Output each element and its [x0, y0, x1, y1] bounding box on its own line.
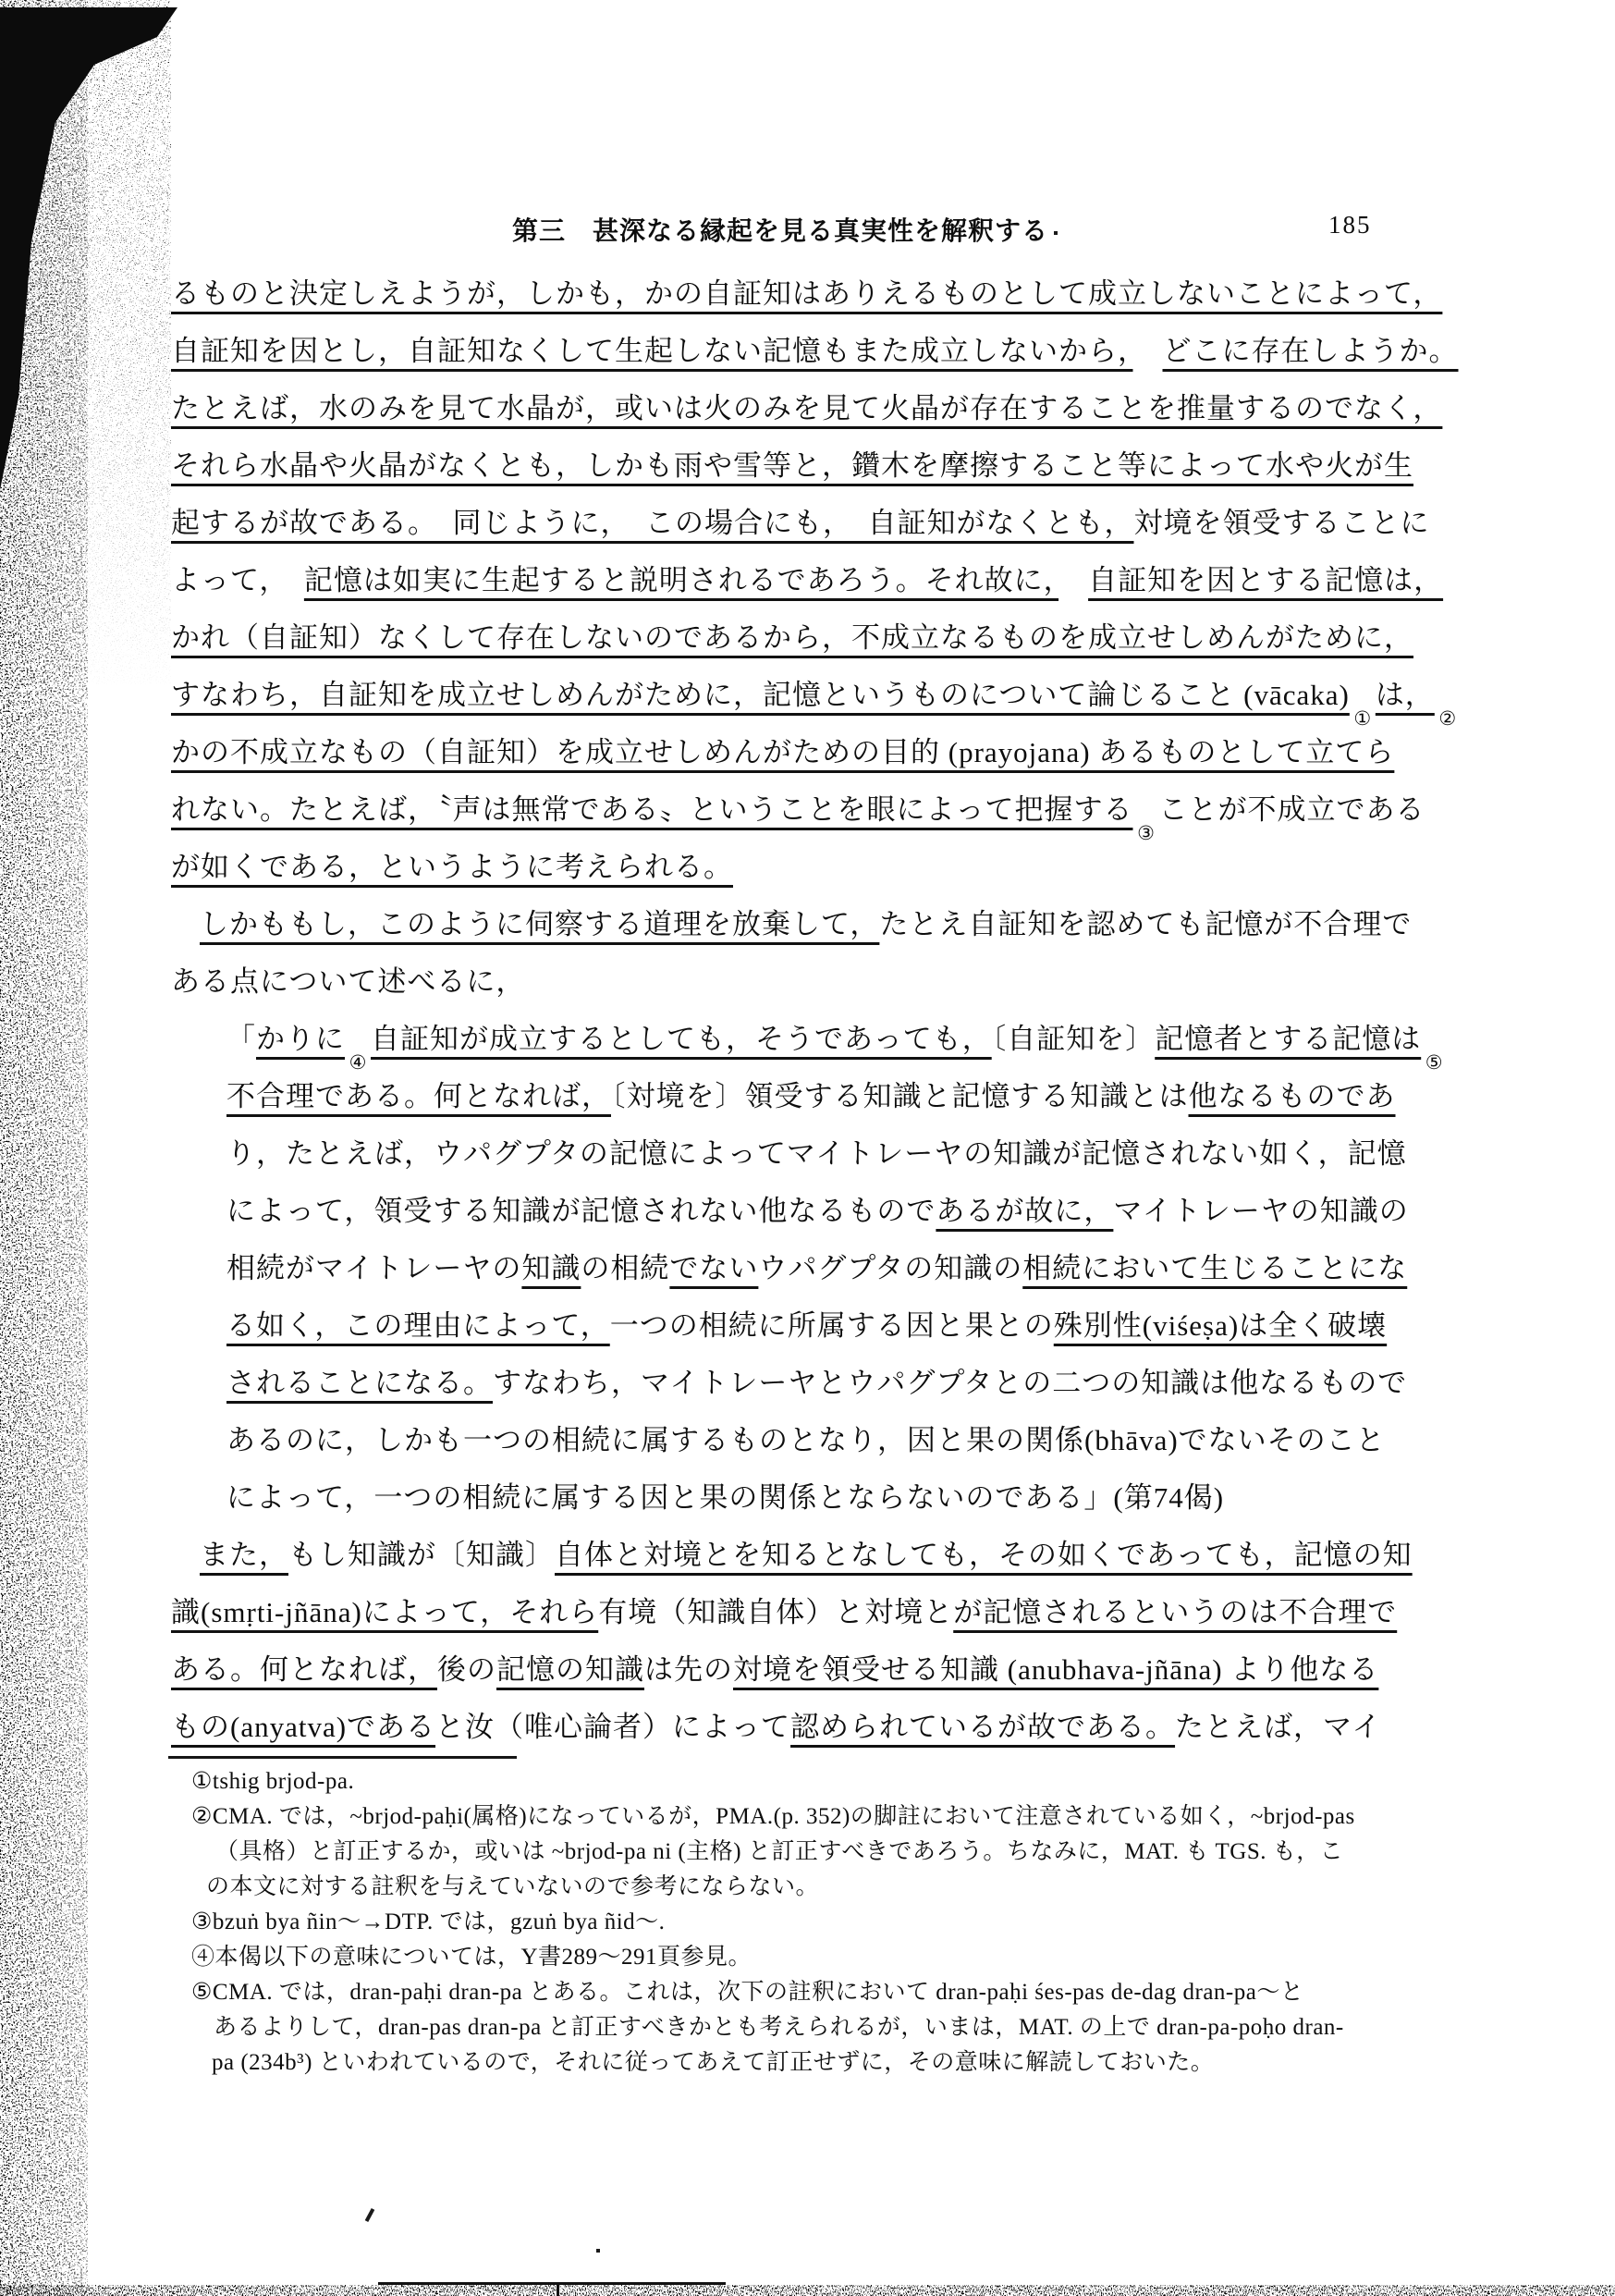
text-run: 不合理である。何となれば， [226, 1080, 611, 1112]
text-line: また，もし知識が〔知識〕自体と対境とを知るとなしても，その如くであっても，記憶の… [171, 1527, 1456, 1584]
footnote-line: ①tshig brjod-pa. [191, 1764, 1458, 1799]
text-run [1058, 564, 1088, 596]
text-run: 自証知を因とする記憶は， [1088, 564, 1443, 596]
footnote-line: ⑤CMA. では，dran-paḥi dran-pa とある。これは，次下の註釈… [191, 1975, 1458, 2010]
text-line: 相続がマイトレーヤの知識の相続でないウパグプタの知識の相続において生じることにな [171, 1240, 1456, 1297]
text-line: れない。たとえば，〝声は無常である〟ということを眼によって把握する③ことが不成立… [171, 781, 1456, 839]
footnote-marker: ⑤ [1421, 1053, 1447, 1073]
text-run: 殊別性(viśeṣa)は全く破壊 [1054, 1309, 1387, 1342]
text-run: それら水晶や火晶がなくとも，しかも雨や雪等と，鑽木を摩擦すること等によって水や火… [171, 449, 1413, 482]
text-run: るものと決定しえようが，しかも，かの自証知はありえるものとして成立しないことによ… [171, 277, 1442, 310]
text-line: されることになる。すなわち，マイトレーヤとウパグプタとの二つの知識は他なるもので [171, 1355, 1456, 1412]
bottom-line-segment [378, 2282, 726, 2285]
text-run: かれ（自証知）なくして存在しないのであるから，不成立なるものを成立せしめんがため… [171, 621, 1413, 654]
text-run: 自証知が成立するとしても，そうであっても， [371, 1023, 992, 1055]
text-line: によって，一つの相続に属する因と果の関係とならないのである」(第74偈) [171, 1469, 1456, 1527]
footnote-line: （具格）と訂正するか，或いは ~brjod-pa ni (主格) と訂正すべきで… [191, 1835, 1458, 1870]
text-line: もの(anyatva)であると汝（唯心論者）によって認められているが故である。た… [171, 1699, 1456, 1756]
text-run: ことが不成立である [1159, 793, 1425, 826]
footnote-line: ④本偈以下の意味については，Y書289～291頁参見。 [191, 1940, 1458, 1975]
body-text: るものと決定しえようが，しかも，かの自証知はありえるものとして成立しないことによ… [171, 265, 1456, 1756]
text-line: 自証知を因とし，自証知なくして生起しない記憶もまた成立しないから， どこに存在し… [171, 323, 1456, 380]
text-line: あるのに，しかも一つの相続に属するものとなり，因と果の関係(bhāva)でないそ… [171, 1412, 1456, 1469]
text-run: によって，領受する知識が記憶されない他なるもので [226, 1195, 936, 1227]
text-run: 起するが故である。 同じように， この場合にも， 自証知がなくとも， [171, 507, 1134, 539]
text-run: 記憶は如実に生起すると説明されるであろう。それ故に， [304, 564, 1058, 596]
text-run: 〔自証知を〕 [992, 1023, 1156, 1055]
footnotes-block: ①tshig brjod-pa.②CMA. では，~brjod-paḥi(属格)… [191, 1764, 1458, 2081]
text-run: でない [669, 1252, 758, 1284]
footnote-line: の本文に対する註釈を与えていないので参考にならない。 [191, 1870, 1458, 1905]
text-run [1133, 335, 1163, 367]
footnote-marker: ④ [345, 1053, 371, 1073]
text-run: 相続において生じることにな [1022, 1252, 1407, 1284]
text-run: 後の [437, 1653, 496, 1686]
text-run: かりに [256, 1023, 345, 1055]
text-run: 知識 [521, 1252, 581, 1284]
text-run: 自体と対境とを知るとなしても，その如くであっても，記憶の知 [555, 1539, 1413, 1571]
scanned-page: 第三 甚深なる縁起を見る真実性を解釈する 185 るものと決定しえようが，しかも… [0, 0, 1615, 2296]
text-line: が如くである，というように考えられる。 [171, 839, 1456, 896]
text-run: たとえ自証知を認めても記憶が不合理で [879, 908, 1412, 940]
text-run: 記憶者とする記憶は [1155, 1023, 1421, 1055]
scan-speck [596, 2249, 600, 2253]
text-run: ある。何となれば， [171, 1653, 437, 1686]
text-run: もし知識が〔知識〕 [288, 1539, 555, 1571]
text-line: しかももし，このように伺察する道理を放棄して，たとえ自証知を認めても記憶が不合理… [171, 896, 1456, 953]
text-line: すなわち，自証知を成立せしめんがために，記憶というものについて論じること (vā… [171, 667, 1456, 724]
text-run: 他なるものであ [1189, 1080, 1396, 1112]
footnote-separator [168, 1756, 517, 1759]
text-run: ある点について述べるに， [171, 965, 525, 998]
text-line: よって， 記憶は如実に生起すると説明されるであろう。それ故に， 自証知を因とする… [171, 552, 1456, 609]
text-run: もの(anyatva)である [171, 1711, 435, 1743]
text-run: たとえば，マイ [1175, 1711, 1381, 1743]
text-line: 識(smṛti-jñāna)によって，それら有境（知識自体）と対境とが記憶される… [171, 1584, 1456, 1641]
footnote-line: pa (234b³) といわれているので，それに従ってあえて訂正せずに，その意味… [191, 2045, 1458, 2081]
text-line: ある点について述べるに， [171, 953, 1456, 1011]
text-run: 記憶というものについて論じること (vācaka) [763, 679, 1350, 711]
text-line: 不合理である。何となれば，〔対境を〕領受する知識と記憶する知識とは他なるものであ [171, 1068, 1456, 1125]
text-run: が如くである，というように考えられる。 [171, 851, 733, 883]
footnote-marker: ③ [1133, 824, 1159, 843]
text-run: 認められているが故である。 [790, 1711, 1175, 1743]
text-run: でなく， [1325, 392, 1442, 424]
text-run: かの不成立なもの（自証知）を成立せしめんがための目的 (prayojana) あ… [171, 736, 1394, 768]
footnote-line: ③bzuṅ bya ñin～→DTP. では，gzuṅ bya ñid～. [191, 1905, 1458, 1940]
scan-noise-left-edge [0, 0, 194, 2296]
text-run: あるが故に， [936, 1195, 1113, 1227]
text-run: 対境を領受せる知識 (anubhava-jñāna) より他なる [733, 1653, 1378, 1686]
text-run: されることになる。 [226, 1367, 493, 1399]
text-run: すなわち，自証知を成立せしめんがために， [171, 679, 763, 711]
text-run: れない。たとえば，〝声は無常である〟ということを眼によって把握する [171, 793, 1133, 826]
text-line: るものと決定しえようが，しかも，かの自証知はありえるものとして成立しないことによ… [171, 265, 1456, 323]
text-line: ある。何となれば，後の記憶の知識は先の対境を領受せる知識 (anubhava-j… [171, 1641, 1456, 1699]
bottom-tick [557, 2282, 559, 2296]
footnote-line: ②CMA. では，~brjod-paḥi(属格)になっているが，PMA.(p. … [191, 1799, 1458, 1835]
text-run: たとえば，水のみを見て水晶が，或いは火のみを見て火晶が存在することを推量するの [171, 392, 1325, 424]
text-run: ウパグプタの知識の [758, 1252, 1022, 1284]
text-run: は， [1376, 679, 1435, 711]
text-line: たとえば，水のみを見て水晶が，或いは火のみを見て火晶が存在することを推量するので… [171, 380, 1456, 437]
text-run: よって， [171, 564, 275, 596]
text-run: と汝（唯心論者）によって [435, 1711, 790, 1743]
text-run: 一つの相続に所属する因と果との [610, 1309, 1054, 1342]
text-line: 起するが故である。 同じように， この場合にも， 自証知がなくとも，対境を領受す… [171, 495, 1456, 552]
text-line: 「かりに④自証知が成立するとしても，そうであっても，〔自証知を〕記憶者とする記憶… [171, 1011, 1456, 1068]
text-run: あるのに，しかも一つの相続に属するものとなり，因と果の関係(bhāva)でないそ… [226, 1424, 1386, 1456]
text-run: 相続がマイトレーヤの [226, 1252, 521, 1284]
text-run: り，たとえば，ウパグプタの記憶によってマイトレーヤの知識が記憶されない如く，記憶 [226, 1137, 1407, 1170]
text-run: の相続 [581, 1252, 669, 1284]
text-line: によって，領受する知識が記憶されない他なるものであるが故に，マイトレーヤの知識の [171, 1183, 1456, 1240]
running-head-title: 第三 甚深なる縁起を見る真実性を解釈する [512, 211, 1048, 248]
text-run: は先の [644, 1653, 733, 1686]
text-run [275, 564, 304, 596]
text-run: どこに存在しようか。 [1163, 335, 1459, 367]
scan-speck [1054, 231, 1058, 235]
text-line: る如く，この理由によって，一つの相続に所属する因と果との殊別性(viśeṣa)は… [171, 1297, 1456, 1355]
text-run: 「 [226, 1023, 256, 1055]
footnote-marker: ① [1350, 709, 1376, 729]
text-run: 識(smṛti-jñāna)によって，それら [171, 1596, 598, 1628]
text-line: かの不成立なもの（自証知）を成立せしめんがための目的 (prayojana) あ… [171, 724, 1456, 781]
text-run: 対境を領受することに [1134, 507, 1430, 539]
text-run: マイトレーヤの知識の [1113, 1195, 1408, 1227]
text-run: しかももし，このように伺察する道理を放棄して， [200, 908, 879, 940]
text-run: 〔対境を〕領受する知識と記憶する知識とは [611, 1080, 1189, 1112]
text-run: が記憶されるというのは不合理で [953, 1596, 1397, 1628]
text-line: かれ（自証知）なくして存在しないのであるから，不成立なるものを成立せしめんがため… [171, 609, 1456, 667]
scan-noise-bottom-edge [0, 2280, 1615, 2296]
text-run: すなわち，マイトレーヤとウパグプタとの二つの知識は他なるもので [493, 1367, 1407, 1399]
text-line: り，たとえば，ウパグプタの記憶によってマイトレーヤの知識が記憶されない如く，記憶 [171, 1125, 1456, 1183]
text-run: 記憶の知識 [496, 1653, 644, 1686]
text-run: また， [200, 1539, 288, 1571]
text-run: 自証知を因とし，自証知なくして生起しない記憶もまた成立しないから， [171, 335, 1133, 367]
scan-speck [365, 2208, 375, 2222]
text-run: る如く，この理由によって， [226, 1309, 610, 1342]
text-line: それら水晶や火晶がなくとも，しかも雨や雪等と，鑽木を摩擦すること等によって水や火… [171, 437, 1456, 495]
footnote-marker: ② [1435, 709, 1461, 729]
footnote-line: あるよりして，dran-pas dran-pa と訂正すべきかとも考えられるが，… [191, 2010, 1458, 2045]
text-run: 有境（知識自体）と対境と [598, 1596, 953, 1628]
text-run: によって，一つの相続に属する因と果の関係とならないのである」(第74偈) [226, 1481, 1224, 1514]
page-number: 185 [1328, 211, 1372, 239]
corner-blot [0, 7, 177, 490]
